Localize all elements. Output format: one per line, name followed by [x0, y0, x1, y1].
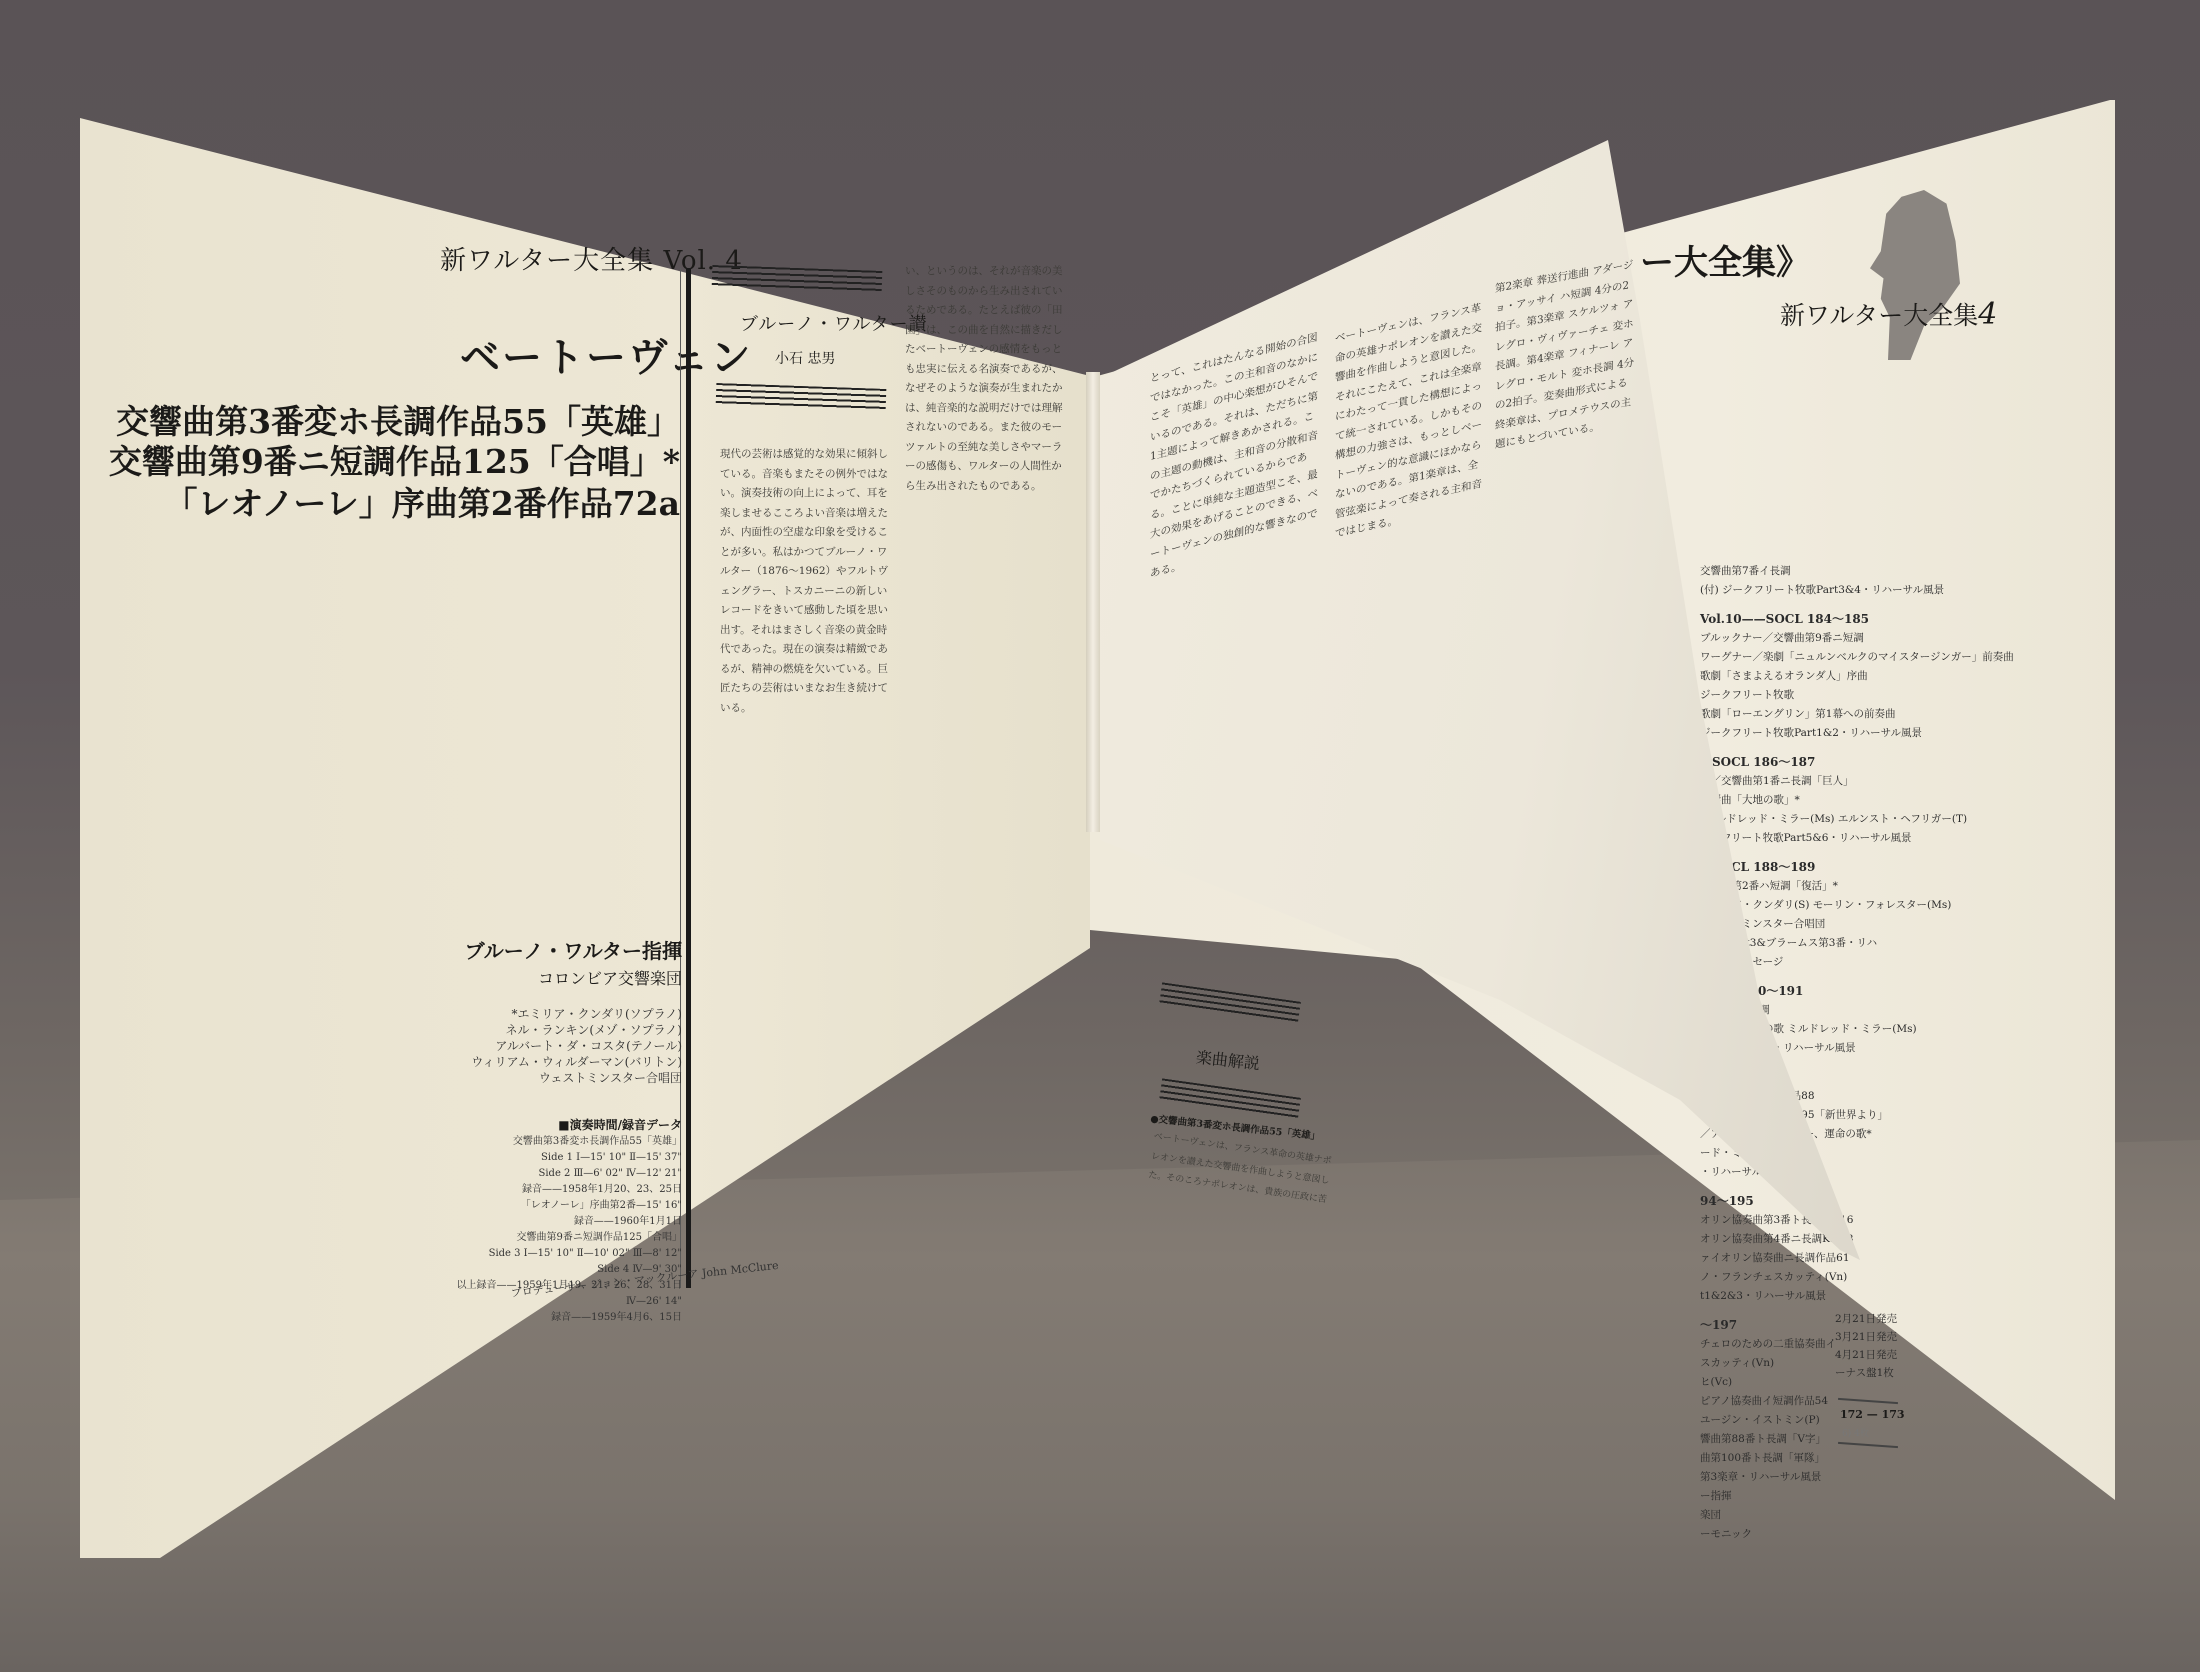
recording-data-line: Side 2 Ⅲ—6' 02" Ⅳ—12' 21" — [457, 1166, 682, 1182]
series-title: 新ワルター大全集 Vol. 4 — [440, 240, 743, 277]
recording-data-header: ■演奏時間/録音データ — [558, 1116, 682, 1133]
booklet-column: ベートーヴェンは、フランス革命の英雄ナポレオンを讃えた交響曲を作曲しようと意図し… — [1335, 298, 1485, 1330]
release-date: 3月21日発売 — [1835, 1328, 1897, 1346]
recording-data-line: 「レオノーレ」序曲第2番—15' 16" — [457, 1198, 682, 1214]
composer-name: ベートーヴェン — [460, 326, 752, 383]
conductor-credit: ブルーノ・ワルター指揮 — [465, 935, 682, 964]
release-date: 4月21日発売 — [1835, 1346, 1897, 1364]
catalog-number: 172 — 173 — [1840, 1408, 1905, 1421]
discography-entry: 歌劇「ローエングリン」第1幕への前奏曲 — [1700, 705, 1960, 724]
discography-entry: スカッティ(Vn) — [1700, 1354, 1960, 1373]
release-dates: 2月21日発売3月21日発売4月21日発売ーナス盤1枚 — [1835, 1310, 1897, 1382]
discography-entry: ー指揮 — [1700, 1487, 1960, 1506]
work-title: 「レオノーレ」序曲第2番作品72a — [164, 478, 680, 525]
discography-entry: ブルックナー／交響曲第9番ニ短調 — [1700, 629, 1960, 648]
discography-volume: 〜197 — [1700, 1316, 1960, 1335]
discography-entry: ワーグナー／楽劇「ニュルンベルクのマイスタージンガー」前奏曲 — [1700, 648, 1960, 667]
staff-lines-ornament — [1159, 982, 1301, 1023]
discography-entry: ピアノ協奏曲イ短調作品54 — [1700, 1392, 1960, 1411]
discography-entry: *ミルドレッド・ミラー(Ms) エルンスト・ヘフリガー(T) — [1700, 810, 1960, 829]
discography-entry: ーモニック — [1700, 1525, 1960, 1544]
discography-entry: ジークフリート牧歌 — [1700, 686, 1960, 705]
recording-data-line: 録音——1960年1月1日 — [457, 1214, 682, 1230]
recording-data-line: 交響曲第3番変ホ長調作品55「英雄」 — [457, 1134, 682, 1150]
recording-data-list: 交響曲第3番変ホ長調作品55「英雄」Side 1 Ⅰ—15' 10" Ⅱ—15'… — [457, 1134, 682, 1326]
recording-data-line: Side 1 Ⅰ—15' 10" Ⅱ—15' 37" — [457, 1150, 682, 1166]
notes-title: 楽曲解説 — [1195, 1045, 1261, 1075]
vertical-rule — [686, 268, 691, 1288]
discography-entry: ノ・フランチェスカッティ(Vn) — [1700, 1268, 1960, 1287]
discography-entry: 交響曲第2番ハ短調「復活」* — [1700, 877, 1960, 896]
series-logo-number: 4 — [1978, 297, 1997, 332]
release-date: 2月21日発売 — [1835, 1310, 1897, 1328]
recording-data-line: 録音——1958年1月20、23、25日 — [457, 1182, 682, 1198]
discography-entry: ァイオリン協奏曲ニ長調作品61 — [1700, 1249, 1960, 1268]
booklet-column: とって、これはたんなる開始の合図ではなかった。この主和音のなかにこそ「英雄」の中… — [1150, 328, 1320, 990]
choir: ウェストミンスター合唱団 — [471, 1070, 682, 1086]
discography-entry: 楽団 — [1700, 1506, 1960, 1525]
discography-entry: 曲第100番ト長調「軍隊」 — [1700, 1449, 1960, 1468]
gatefold-spine — [1086, 372, 1100, 832]
soloist: *エミリア・クンダリ(ソプラノ) — [471, 1006, 682, 1022]
discography-entry: 歌劇「さまよえるオランダ人」序曲 — [1700, 667, 1960, 686]
discography-entry: 交響曲「大地の歌」* — [1700, 791, 1960, 810]
recording-data-line: 録音——1959年4月6、15日 — [457, 1310, 682, 1326]
release-date: ーナス盤1枚 — [1835, 1364, 1897, 1382]
catalog-subtext: 6) 4枚 — [1842, 1426, 1869, 1439]
series-logo-text: 新ワルター大全集 — [1780, 301, 1978, 330]
soloist-list: *エミリア・クンダリ(ソプラノ) ネル・ランキン(メゾ・ソプラノ) アルバート・… — [471, 1006, 682, 1086]
recording-data-line: Side 3 Ⅰ—15' 10" Ⅱ—10' 02" Ⅲ—8' 12" — [457, 1246, 682, 1262]
booklet-column: 第2楽章 葬送行進曲 アダージョ・アッサイ ハ短調 4分の2拍子。第3楽章 スケ… — [1495, 255, 1635, 1300]
discography-entry: 第3楽章・リハーサル風景 — [1700, 1468, 1960, 1487]
discography-entry: ー／交響曲第1番ニ長調「巨人」 — [1700, 772, 1960, 791]
discography-volume: —SOCL 186〜187 — [1700, 753, 1960, 772]
discography-entry: ヒ(Vc) — [1700, 1373, 1960, 1392]
orchestra-credit: コロンビア交響楽団 — [538, 966, 682, 989]
discography-entry: 交響曲第7番イ長調 — [1700, 562, 1960, 581]
essay-column: い、というのは、それが音楽の美しさそのものから生み出されているためである。たとえ… — [905, 262, 1070, 1252]
discography-entry: ークフリート牧歌Part5&6・リハーサル風景 — [1700, 829, 1960, 848]
discography-entry: ジークフリート牧歌Part1&2・リハーサル風景 — [1700, 724, 1960, 743]
discography-volume: —SOCL 188〜189 — [1700, 858, 1960, 877]
discography-entry: t1&2&3・リハーサル風景 — [1700, 1287, 1960, 1306]
essay-title: ブルーノ・ワルター讃 — [740, 310, 928, 336]
soloist: アルバート・ダ・コスタ(テノール) — [471, 1038, 682, 1054]
discography-entry: ユージン・イストミン(P) — [1700, 1411, 1960, 1430]
discography-entry: (付) ジークフリート牧歌Part3&4・リハーサル風景 — [1700, 581, 1960, 600]
recording-data-line: Ⅳ—26' 14" — [457, 1294, 682, 1310]
discography-entry: チェロのための二重協奏曲イ — [1700, 1335, 1960, 1354]
discography-entry: ・リハーサル風景 — [1700, 1163, 1960, 1182]
discography-entry: 響曲第88番ト長調「V字」 — [1700, 1430, 1960, 1449]
essay-author: 小石 忠男 — [775, 348, 835, 368]
soloist: ネル・ランキン(メゾ・ソプラノ) — [471, 1022, 682, 1038]
recording-data-line: 交響曲第9番ニ短調作品125「合唱」 — [457, 1230, 682, 1246]
work-title: 交響曲第9番ニ短調作品125「合唱」* — [109, 436, 680, 483]
series-banner-fragment: ー大全集》 — [1640, 235, 1810, 284]
soloist: ウィリアム・ウィルダーマン(バリトン) — [471, 1054, 682, 1070]
series-logo: 新ワルター大全集4 — [1780, 296, 1997, 332]
essay-column: 現代の芸術は感覚的な効果に傾斜している。音楽もまたその例外ではない。演奏技術の向… — [720, 445, 890, 1285]
discography-volume: Vol.10——SOCL 184〜185 — [1700, 610, 1960, 629]
